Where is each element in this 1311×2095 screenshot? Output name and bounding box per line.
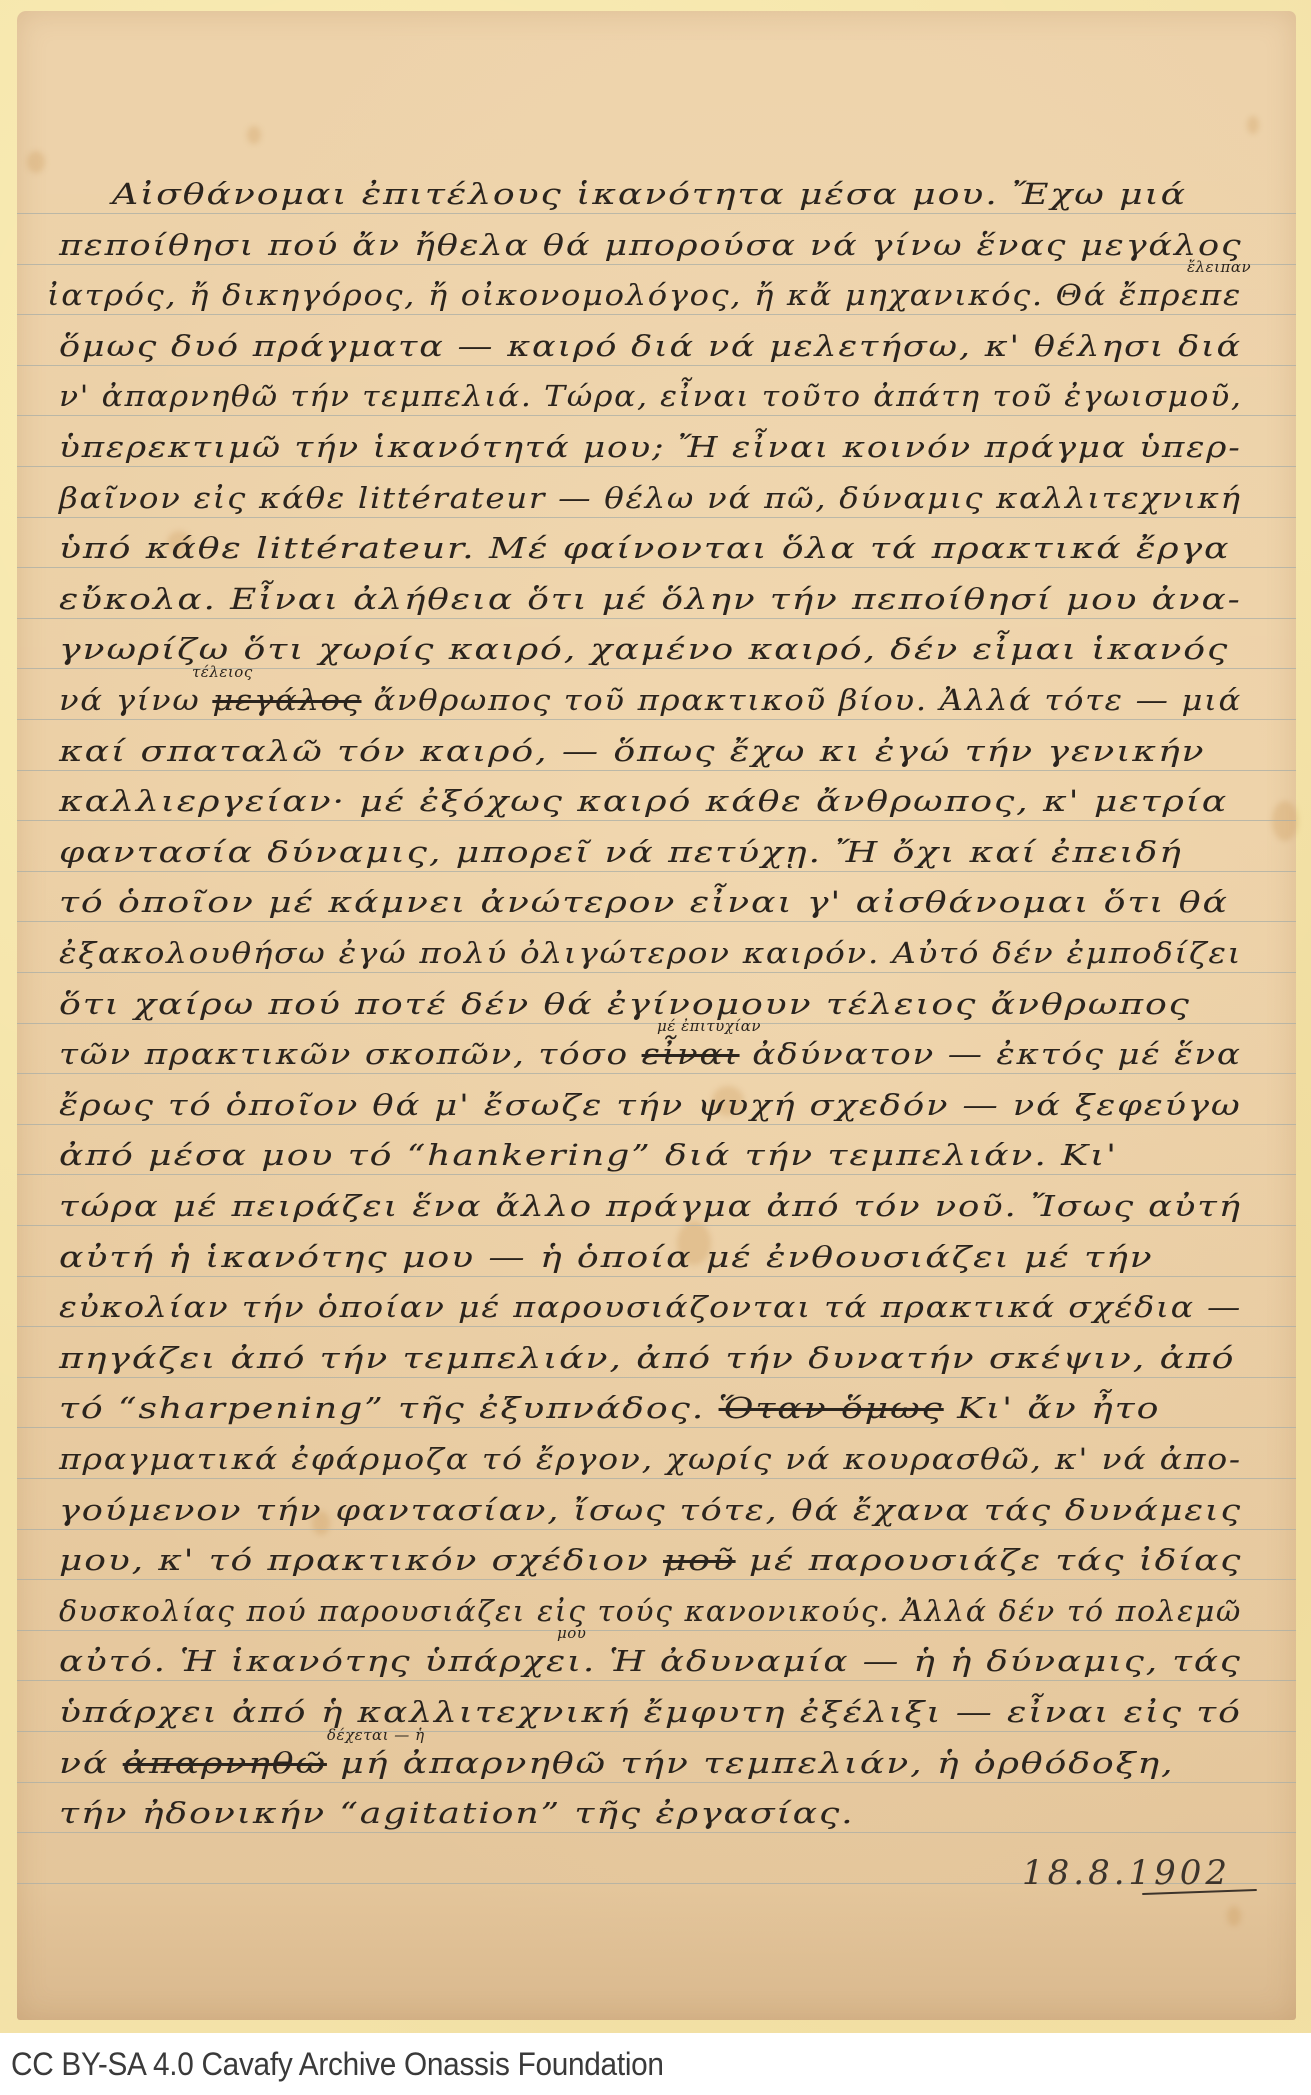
manuscript-date: 18.8.1902 bbox=[1022, 1853, 1231, 1893]
manuscript-line: ἔρως τό ὁποῖον θά μ' ἔσωζε τήν ψυχή σχεδ… bbox=[17, 1076, 1296, 1126]
manuscript-line: γούμενον τήν φαντασίαν, ἴσως τότε, θά ἔχ… bbox=[17, 1481, 1296, 1531]
manuscript-line-text: νά γίνω μεγάλος ἄνθρωπος τοῦ πρακτικοῦ β… bbox=[59, 683, 1242, 717]
manuscript-line-text: δυσκολίας πού παρουσιάζει εἰς τούς κανον… bbox=[59, 1594, 1242, 1628]
struck-word: εἶναι bbox=[642, 1037, 740, 1071]
manuscript-line: εὔκολα. Εἶναι ἀλήθεια ὅτι μέ ὅλην τήν πε… bbox=[17, 570, 1296, 620]
manuscript-line: καί σπαταλῶ τόν καιρό, — ὅπως ἔχω κι ἐγώ… bbox=[17, 722, 1296, 772]
manuscript-line-text: ἔρως τό ὁποῖον θά μ' ἔσωζε τήν ψυχή σχεδ… bbox=[59, 1088, 1242, 1122]
manuscript-line-text: ὑπερεκτιμῶ τήν ἱκανότητά μου; Ἤ εἶναι κο… bbox=[59, 430, 1242, 464]
manuscript-line: τό ὁποῖον μέ κάμνει ἀνώτερον εἶναι γ' αἰ… bbox=[17, 873, 1296, 923]
manuscript-line-text: ἀπό μέσα μου τό “hankering” διά τήν τεμπ… bbox=[59, 1138, 1118, 1172]
manuscript-line: ἐξακολουθήσω ἐγώ πολύ ὀλιγώτερον καιρόν.… bbox=[17, 924, 1296, 974]
manuscript-line-text: τήν ἠδονικήν “agitation” τῆς ἐργασίας. bbox=[59, 1796, 855, 1830]
manuscript-line: εὐκολίαν τήν ὁποίαν μέ παρουσιάζονται τά… bbox=[17, 1278, 1296, 1328]
struck-word: Ὅταν ὅμως bbox=[719, 1391, 944, 1425]
manuscript-line: αὐτό. Ἡ ἱκανότης ὑπάρχει. Ἡ ἀδυναμία — ἡ… bbox=[17, 1632, 1296, 1682]
manuscript-line-text: γνωρίζω ὅτι χωρίς καιρό, χαμένο καιρό, δ… bbox=[59, 632, 1229, 666]
manuscript-line-text: αὐτή ἡ ἱκανότης μου — ἡ ὁποία μέ ἐνθουσι… bbox=[59, 1240, 1154, 1274]
manuscript-line-text: πηγάζει ἀπό τήν τεμπελιάν, ἀπό τήν δυνατ… bbox=[59, 1341, 1235, 1375]
manuscript-line: πηγάζει ἀπό τήν τεμπελιάν, ἀπό τήν δυνατ… bbox=[17, 1329, 1296, 1379]
paper-stain bbox=[1247, 116, 1259, 134]
manuscript-line: πραγματικά ἐφάρμοζα τό ἔργον, χωρίς νά κ… bbox=[17, 1430, 1296, 1480]
manuscript-line-text: τό “sharpening” τῆς ἐξυπνάδος. Ὅταν ὅμως… bbox=[59, 1391, 1160, 1425]
manuscript-line: τό “sharpening” τῆς ἐξυπνάδος. Ὅταν ὅμως… bbox=[17, 1379, 1296, 1429]
struck-word: ἀπαρνηθῶ bbox=[123, 1746, 327, 1780]
struck-word: μοῦ bbox=[663, 1543, 736, 1577]
manuscript-line: πεποίθησι πού ἄν ἤθελα θά μπορούσα νά γί… bbox=[17, 216, 1296, 266]
manuscript-page: Αἰσθάνομαι ἐπιτέλους ἱκανότητα μέσα μου.… bbox=[17, 11, 1296, 2020]
manuscript-line-text: ὑπό κάθε littérateur. Μέ φαίνονται ὅλα τ… bbox=[59, 531, 1230, 565]
manuscript-line-text: ὑπάρχει ἀπό ἡ καλλιτεχνική ἔμφυτη ἐξέλιξ… bbox=[59, 1695, 1242, 1729]
manuscript-line: φαντασία δύναμις, μπορεῖ νά πετύχῃ. Ἤ ὄχ… bbox=[17, 823, 1296, 873]
manuscript-line-text: νά ἀπαρνηθῶ μή ἀπαρνηθῶ τήν τεμπελιάν, ἡ… bbox=[59, 1746, 1174, 1780]
manuscript-line-text: αὐτό. Ἡ ἱκανότης ὑπάρχει. Ἡ ἀδυναμία — ἡ… bbox=[59, 1644, 1242, 1678]
paper-stain bbox=[247, 126, 261, 144]
manuscript-line-text: φαντασία δύναμις, μπορεῖ νά πετύχῃ. Ἤ ὄχ… bbox=[59, 835, 1183, 869]
license-caption: CC BY-SA 4.0 Cavafy Archive Onassis Foun… bbox=[11, 2046, 664, 2083]
manuscript-line-text: καί σπαταλῶ τόν καιρό, — ὅπως ἔχω κι ἐγώ… bbox=[59, 734, 1205, 768]
manuscript-line-text: τώρα μέ πειράζει ἕνα ἄλλο πράγμα ἀπό τόν… bbox=[59, 1189, 1242, 1223]
manuscript-line-text: ν' ἀπαρνηθῶ τήν τεμπελιά. Τώρα, εἶναι το… bbox=[59, 379, 1242, 413]
manuscript-line-text: πεποίθησι πού ἄν ἤθελα θά μπορούσα νά γί… bbox=[59, 228, 1242, 262]
manuscript-line: ἰατρός, ἤ δικηγόρος, ἤ οἰκονομολόγος, ἤ … bbox=[17, 266, 1296, 316]
manuscript-line: αὐτή ἡ ἱκανότης μου — ἡ ὁποία μέ ἐνθουσι… bbox=[17, 1228, 1296, 1278]
manuscript-line: ὑπάρχει ἀπό ἡ καλλιτεχνική ἔμφυτη ἐξέλιξ… bbox=[17, 1683, 1296, 1733]
manuscript-line-text: ἐξακολουθήσω ἐγώ πολύ ὀλιγώτερον καιρόν.… bbox=[59, 936, 1242, 970]
manuscript-line-text: ὅμως δυό πράγματα — καιρό διά νά μελετήσ… bbox=[59, 329, 1242, 363]
manuscript-line-text: εὐκολίαν τήν ὁποίαν μέ παρουσιάζονται τά… bbox=[59, 1290, 1242, 1324]
manuscript-line: νά ἀπαρνηθῶ μή ἀπαρνηθῶ τήν τεμπελιάν, ἡ… bbox=[17, 1734, 1296, 1784]
manuscript-line: τώρα μέ πειράζει ἕνα ἄλλο πράγμα ἀπό τόν… bbox=[17, 1177, 1296, 1227]
manuscript-line: δυσκολίας πού παρουσιάζει εἰς τούς κανον… bbox=[17, 1582, 1296, 1632]
manuscript-line: ἀπό μέσα μου τό “hankering” διά τήν τεμπ… bbox=[17, 1126, 1296, 1176]
manuscript-line: ν' ἀπαρνηθῶ τήν τεμπελιά. Τώρα, εἶναι το… bbox=[17, 367, 1296, 417]
manuscript-line: ὅμως δυό πράγματα — καιρό διά νά μελετήσ… bbox=[17, 317, 1296, 367]
interlinear-insertion: τέλειος bbox=[192, 663, 253, 681]
manuscript-line-text: γούμενον τήν φαντασίαν, ἴσως τότε, θά ἔχ… bbox=[59, 1493, 1242, 1527]
manuscript-line: βαῖνον εἰς κάθε littérateur — θέλω νά πῶ… bbox=[17, 469, 1296, 519]
manuscript-line-text: καλλιεργείαν· μέ ἐξόχως καιρό κάθε ἄνθρω… bbox=[59, 784, 1228, 818]
manuscript-line-text: εὔκολα. Εἶναι ἀλήθεια ὅτι μέ ὅλην τήν πε… bbox=[59, 582, 1242, 616]
manuscript-line: ὑπό κάθε littérateur. Μέ φαίνονται ὅλα τ… bbox=[17, 519, 1296, 569]
manuscript-line: τήν ἠδονικήν “agitation” τῆς ἐργασίας. bbox=[17, 1784, 1296, 1834]
manuscript-line-text: Αἰσθάνομαι ἐπιτέλους ἱκανότητα μέσα μου.… bbox=[112, 177, 1187, 211]
interlinear-insertion: μέ ἐπιτυχίαν bbox=[657, 1017, 761, 1035]
manuscript-line-text: ὅτι χαίρω πού ποτέ δέν θά ἐγίνομουν τέλε… bbox=[59, 987, 1191, 1021]
interlinear-insertion: μου bbox=[557, 1624, 586, 1642]
manuscript-line-text: μου, κ' τό πρακτικόν σχέδιον μοῦ μέ παρο… bbox=[59, 1543, 1242, 1577]
manuscript-line: μου, κ' τό πρακτικόν σχέδιον μοῦ μέ παρο… bbox=[17, 1531, 1296, 1581]
paper-stain bbox=[1227, 1906, 1241, 1926]
interlinear-insertion: ἔλειπαν bbox=[1187, 258, 1251, 276]
manuscript-line-text: ἰατρός, ἤ δικηγόρος, ἤ οἰκονομολόγος, ἤ … bbox=[47, 278, 1242, 312]
struck-word: μεγάλος bbox=[212, 683, 361, 717]
manuscript-line: Αἰσθάνομαι ἐπιτέλους ἱκανότητα μέσα μου.… bbox=[17, 165, 1296, 215]
manuscript-line: καλλιεργείαν· μέ ἐξόχως καιρό κάθε ἄνθρω… bbox=[17, 772, 1296, 822]
interlinear-insertion: δέχεται — ἡ bbox=[327, 1726, 425, 1744]
manuscript-line-text: βαῖνον εἰς κάθε littérateur — θέλω νά πῶ… bbox=[59, 481, 1242, 515]
manuscript-line: τῶν πρακτικῶν σκοπῶν, τόσο εἶναι ἀδύνατο… bbox=[17, 1025, 1296, 1075]
manuscript-line-text: τῶν πρακτικῶν σκοπῶν, τόσο εἶναι ἀδύνατο… bbox=[59, 1037, 1242, 1071]
manuscript-line: νά γίνω μεγάλος ἄνθρωπος τοῦ πρακτικοῦ β… bbox=[17, 671, 1296, 721]
manuscript-line-text: πραγματικά ἐφάρμοζα τό ἔργον, χωρίς νά κ… bbox=[59, 1442, 1242, 1476]
manuscript-line-text: τό ὁποῖον μέ κάμνει ἀνώτερον εἶναι γ' αἰ… bbox=[59, 885, 1229, 919]
manuscript-line: ὑπερεκτιμῶ τήν ἱκανότητά μου; Ἤ εἶναι κο… bbox=[17, 418, 1296, 468]
